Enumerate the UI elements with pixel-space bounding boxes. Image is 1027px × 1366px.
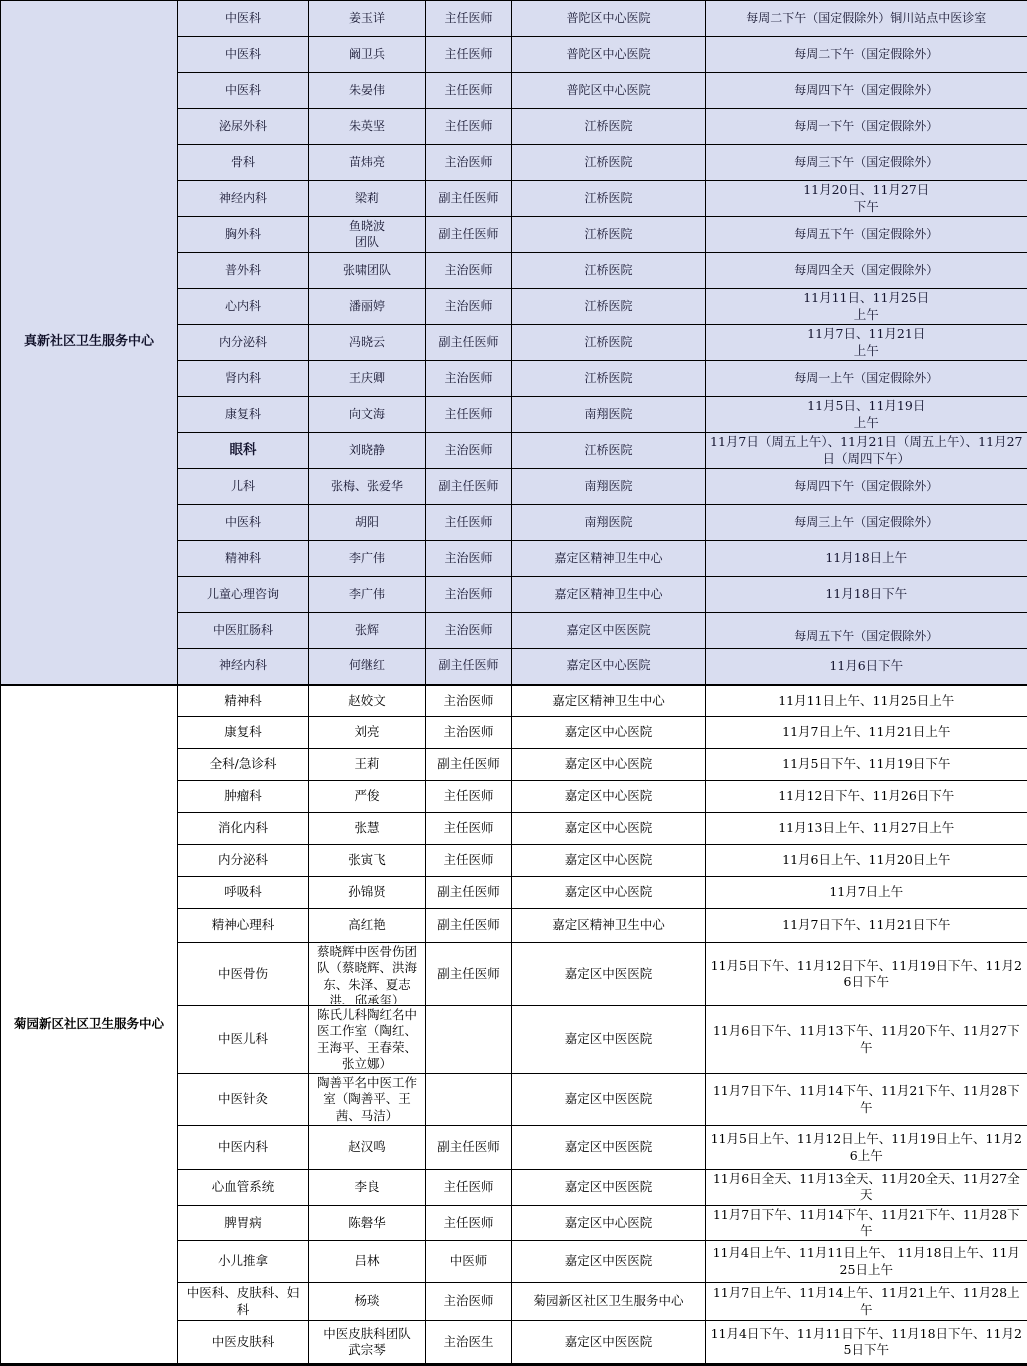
hospital-cell: 嘉定区中心医院: [512, 649, 706, 685]
dept-text: 呼吸科: [181, 884, 305, 900]
doctor-name-cell: 李广伟: [309, 541, 426, 577]
dept-cell: 精神心理科: [178, 909, 309, 943]
schedule-cell: 每周四全天（国定假除外）: [706, 253, 1027, 289]
name-text: 张梅、张爱华: [312, 479, 422, 495]
dept-cell: 骨科: [178, 145, 309, 181]
schedule-text: 11月7日下午、11月14下午、11月21下午、11月28下午: [709, 1207, 1024, 1240]
hospital-text: 江桥医院: [515, 155, 702, 171]
title-text: 主任医师: [429, 1215, 508, 1231]
hospital-text: 嘉定区中心医院: [515, 820, 702, 836]
hospital-cell: 南翔医院: [512, 505, 706, 541]
dept-cell: 内分泌科: [178, 845, 309, 877]
title-cell: 主任医师: [426, 505, 512, 541]
hospital-cell: 嘉定区中医医院: [512, 1126, 706, 1170]
title-text: 副主任医师: [429, 884, 508, 900]
name-text: 吕林: [312, 1253, 422, 1269]
hospital-cell: 菊园新区社区卫生服务中心: [512, 1283, 706, 1321]
dept-cell: 神经内科: [178, 649, 309, 685]
doctor-name-cell: 梁莉: [309, 181, 426, 217]
title-cell: 主治医师: [426, 541, 512, 577]
doctor-name-cell: 陶善平名中医工作室（陶善平、王茜、马洁）: [309, 1074, 426, 1126]
title-cell: 主治医师: [426, 361, 512, 397]
name-text: 陶善平名中医工作室（陶善平、王茜、马洁）: [312, 1075, 422, 1124]
schedule-text: 11月7日上午、11月14上午、11月21上午、11月28上午: [709, 1285, 1024, 1318]
hospital-text: 嘉定区中医医院: [515, 623, 702, 639]
hospital-text: 嘉定区中心医院: [515, 884, 702, 900]
hospital-cell: 嘉定区精神卫生中心: [512, 909, 706, 943]
title-text: 主任医师: [429, 119, 508, 135]
dept-text: 康复科: [181, 407, 305, 423]
schedule-text: 每周三下午（国定假除外）: [709, 155, 1024, 171]
doctor-name-cell: 吕林: [309, 1241, 426, 1283]
hospital-cell: 江桥医院: [512, 145, 706, 181]
hospital-cell: 普陀区中心医院: [512, 37, 706, 73]
dept-text: 内分泌科: [181, 335, 305, 351]
schedule-table-body: 真新社区卫生服务中心 中医科 姜玉详 主任医师 普陀区中心医院 每周二下午（国定…: [1, 1, 1027, 1365]
hospital-cell: 普陀区中心医院: [512, 1, 706, 37]
schedule-text: 11月18日上午: [709, 550, 1024, 566]
name-text: 赵姣文: [312, 693, 422, 709]
schedule-text: 11月5日、11月19日 上午: [709, 398, 1024, 431]
dept-text: 肿瘤科: [181, 788, 305, 804]
title-cell: [426, 1074, 512, 1126]
hospital-text: 普陀区中心医院: [515, 83, 702, 99]
dept-cell: 中医针灸: [178, 1074, 309, 1126]
doctor-name-cell: 阚卫兵: [309, 37, 426, 73]
title-text: 主治医师: [429, 724, 508, 740]
hospital-cell: 南翔医院: [512, 397, 706, 433]
title-text: 主治医师: [429, 155, 508, 171]
dept-text: 胸外科: [181, 227, 305, 243]
hospital-cell: 江桥医院: [512, 109, 706, 145]
schedule-cell: 11月7日上午、11月14上午、11月21上午、11月28上午: [706, 1283, 1027, 1321]
hospital-text: 江桥医院: [515, 299, 702, 315]
title-cell: 副主任医师: [426, 1126, 512, 1170]
schedule-cell: 11月7日上午: [706, 877, 1027, 909]
schedule-text: 每周二下午（国定假除外）: [709, 47, 1024, 63]
schedule-cell: 11月6日全天、11月13全天、11月20全天、11月27全天: [706, 1170, 1027, 1206]
dept-text: 康复科: [181, 724, 305, 740]
dept-cell: 普外科: [178, 253, 309, 289]
title-text: 主任医师: [429, 11, 508, 27]
title-cell: 主任医师: [426, 1205, 512, 1241]
hospital-text: 嘉定区中心医院: [515, 724, 702, 740]
schedule-cell: 11月5日下午、11月19日下午: [706, 749, 1027, 781]
schedule-text: 每周二下午（国定假除外）铜川站点中医诊室: [709, 11, 1024, 27]
schedule-cell: 每周三下午（国定假除外）: [706, 145, 1027, 181]
schedule-text: 11月5日下午、11月19日下午: [709, 756, 1024, 772]
doctor-name-cell: 张寅飞: [309, 845, 426, 877]
doctor-name-cell: 张啸团队: [309, 253, 426, 289]
schedule-text: 11月6日全天、11月13全天、11月20全天、11月27全天: [709, 1171, 1024, 1204]
doctor-name-cell: 朱晏伟: [309, 73, 426, 109]
title-text: 主治医师: [429, 443, 508, 459]
dept-cell: 肾内科: [178, 361, 309, 397]
hospital-cell: 江桥医院: [512, 217, 706, 253]
schedule-cell: 11月7日下午、11月21日下午: [706, 909, 1027, 943]
title-cell: 主任医师: [426, 1, 512, 37]
name-text: 张慧: [312, 820, 422, 836]
title-cell: 主任医师: [426, 845, 512, 877]
doctor-name-cell: 刘晓静: [309, 433, 426, 469]
schedule-cell: 11月7日上午、11月21日上午: [706, 717, 1027, 749]
doctor-name-cell: 何继红: [309, 649, 426, 685]
dept-text: 精神科: [181, 693, 305, 709]
schedule-text: 11月12日下午、11月26日下午: [709, 788, 1024, 804]
hospital-text: 嘉定区精神卫生中心: [515, 587, 702, 603]
name-text: 张啸团队: [312, 263, 422, 279]
hospital-text: 嘉定区中心医院: [515, 658, 702, 674]
schedule-text: 11月6日上午、11月20日上午: [709, 852, 1024, 868]
hospital-text: 嘉定区中医医院: [515, 966, 702, 982]
schedule-cell: 11月20日、11月27日 下午: [706, 181, 1027, 217]
schedule-cell: 11月4日上午、11月11日上午、 11月18日上午、11月25日上午: [706, 1241, 1027, 1283]
hospital-text: 嘉定区中医医院: [515, 1139, 702, 1155]
doctor-name-cell: 张辉: [309, 613, 426, 649]
schedule-cell: 每周四下午（国定假除外）: [706, 469, 1027, 505]
schedule-text: 每周四下午（国定假除外）: [709, 479, 1024, 495]
title-text: 主治医师: [429, 263, 508, 279]
dept-cell: 神经内科: [178, 181, 309, 217]
table-row: 菊园新区社区卫生服务中心 精神科 赵姣文 主治医师 嘉定区精神卫生中心 11月1…: [1, 685, 1027, 717]
hospital-text: 普陀区中心医院: [515, 47, 702, 63]
dept-cell: 中医科: [178, 505, 309, 541]
hospital-cell: 嘉定区精神卫生中心: [512, 541, 706, 577]
dept-text: 中医科: [181, 83, 305, 99]
title-text: 副主任医师: [429, 756, 508, 772]
title-cell: 主治医师: [426, 577, 512, 613]
title-cell: 副主任医师: [426, 943, 512, 1006]
dept-text: 中医科、皮肤科、妇科: [181, 1285, 305, 1318]
schedule-cell: 11月18日上午: [706, 541, 1027, 577]
title-text: 主治医师: [429, 693, 508, 709]
doctor-name-cell: 陈氏儿科陶红名中医工作室（陶红、王海平、王春荣、张立娜）: [309, 1006, 426, 1074]
name-text: 王莉: [312, 756, 422, 772]
dept-cell: 中医科: [178, 73, 309, 109]
hospital-text: 江桥医院: [515, 443, 702, 459]
title-text: 副主任医师: [429, 966, 508, 982]
doctor-name-cell: 李广伟: [309, 577, 426, 613]
dept-text: 中医科: [181, 47, 305, 63]
schedule-text: 11月7日上午、11月21日上午: [709, 724, 1024, 740]
title-cell: 副主任医师: [426, 325, 512, 361]
dept-cell: 全科/急诊科: [178, 749, 309, 781]
dept-text: 全科/急诊科: [181, 756, 305, 772]
dept-cell: 胸外科: [178, 217, 309, 253]
hospital-text: 江桥医院: [515, 371, 702, 387]
title-text: 副主任医师: [429, 479, 508, 495]
dept-cell: 肿瘤科: [178, 781, 309, 813]
hospital-text: 嘉定区精神卫生中心: [515, 917, 702, 933]
schedule-text: 11月7日、11月21日 上午: [709, 326, 1024, 359]
dept-text: 神经内科: [181, 658, 305, 674]
doctor-name-cell: 向文海: [309, 397, 426, 433]
title-cell: 主治医师: [426, 685, 512, 717]
hospital-cell: 嘉定区中心医院: [512, 813, 706, 845]
hospital-text: 江桥医院: [515, 227, 702, 243]
title-text: 主任医师: [429, 83, 508, 99]
schedule-text: 11月7日下午、11月21日下午: [709, 917, 1024, 933]
title-cell: 主治医师: [426, 1283, 512, 1321]
title-text: 主任医师: [429, 1179, 508, 1195]
doctor-name-cell: 姜玉详: [309, 1, 426, 37]
hospital-cell: 嘉定区中心医院: [512, 749, 706, 781]
title-text: 主治医师: [429, 1293, 508, 1309]
dept-text: 中医皮肤科: [181, 1334, 305, 1350]
doctor-name-cell: 中医皮肤科团队 武宗琴: [309, 1321, 426, 1365]
doctor-name-cell: 李良: [309, 1170, 426, 1206]
name-text: 中医皮肤科团队 武宗琴: [312, 1326, 422, 1359]
name-text: 姜玉详: [312, 11, 422, 27]
dept-cell: 精神科: [178, 685, 309, 717]
hospital-cell: 嘉定区中心医院: [512, 877, 706, 909]
dept-text: 神经内科: [181, 191, 305, 207]
dept-cell: 中医科: [178, 37, 309, 73]
name-text: 鱼晓波 团队: [312, 219, 422, 250]
doctor-name-cell: 蔡晓辉中医骨伤团队（蔡晓辉、洪海东、朱泽、夏志洪、邱承玺）: [309, 943, 426, 1006]
schedule-cell: 11月5日上午、11月12日上午、11月19日上午、11月26上午: [706, 1126, 1027, 1170]
title-text: 副主任医师: [429, 191, 508, 207]
schedule-cell: 11月6日下午: [706, 649, 1027, 685]
doctor-name-cell: 张慧: [309, 813, 426, 845]
dept-cell: 小儿推拿: [178, 1241, 309, 1283]
hospital-cell: 嘉定区中医医院: [512, 943, 706, 1006]
dept-text: 普外科: [181, 263, 305, 279]
name-text: 何继红: [312, 658, 422, 674]
hospital-text: 嘉定区中医医院: [515, 1179, 702, 1195]
title-cell: 主治医师: [426, 717, 512, 749]
doctor-name-cell: 冯晓云: [309, 325, 426, 361]
hospital-cell: 嘉定区中心医院: [512, 845, 706, 877]
doctor-name-cell: 赵姣文: [309, 685, 426, 717]
title-cell: 主任医师: [426, 397, 512, 433]
name-text: 张寅飞: [312, 852, 422, 868]
section-label-cell: 菊园新区社区卫生服务中心: [1, 685, 178, 1365]
hospital-text: 江桥医院: [515, 119, 702, 135]
schedule-text: 每周五下午（国定假除外）: [709, 629, 1024, 645]
hospital-cell: 江桥医院: [512, 253, 706, 289]
hospital-text: 南翔医院: [515, 479, 702, 495]
name-text: 陈氏儿科陶红名中医工作室（陶红、王海平、王春荣、张立娜）: [312, 1007, 422, 1072]
doctor-name-cell: 高红艳: [309, 909, 426, 943]
dept-text: 心内科: [181, 299, 305, 315]
schedule-cell: 11月7日（周五上午）、11月21日（周五上午）、11月27日（周四下午）: [706, 433, 1027, 469]
schedule-text: 每周五下午（国定假除外）: [709, 227, 1024, 243]
schedule-text: 每周一上午（国定假除外）: [709, 371, 1024, 387]
name-text: 向文海: [312, 407, 422, 423]
table-row: 真新社区卫生服务中心 中医科 姜玉详 主任医师 普陀区中心医院 每周二下午（国定…: [1, 1, 1027, 37]
hospital-text: 江桥医院: [515, 191, 702, 207]
name-text: 刘晓静: [312, 443, 422, 459]
title-cell: 副主任医师: [426, 469, 512, 505]
schedule-cell: 每周二下午（国定假除外）铜川站点中医诊室: [706, 1, 1027, 37]
dept-text: 中医儿科: [181, 1031, 305, 1047]
doctor-schedule-table: 真新社区卫生服务中心 中医科 姜玉详 主任医师 普陀区中心医院 每周二下午（国定…: [0, 0, 1027, 1366]
title-cell: 主任医师: [426, 1170, 512, 1206]
dept-cell: 中医科、皮肤科、妇科: [178, 1283, 309, 1321]
hospital-cell: 普陀区中心医院: [512, 73, 706, 109]
schedule-text: 11月11日、11月25日 上午: [709, 290, 1024, 323]
hospital-cell: 嘉定区中心医院: [512, 717, 706, 749]
hospital-cell: 南翔医院: [512, 469, 706, 505]
title-text: 主治医生: [429, 1334, 508, 1350]
hospital-text: 嘉定区中医医院: [515, 1031, 702, 1047]
name-text: 梁莉: [312, 191, 422, 207]
title-text: 主任医师: [429, 47, 508, 63]
dept-text: 骨科: [181, 155, 305, 171]
schedule-text: 11月5日下午、11月12日下午、11月19日下午、11月26日下午: [709, 958, 1024, 991]
dept-text: 儿科: [181, 479, 305, 495]
dept-cell: 心内科: [178, 289, 309, 325]
dept-text: 心血管系统: [181, 1179, 305, 1195]
doctor-name-cell: 胡阳: [309, 505, 426, 541]
schedule-text: 11月7日上午: [709, 884, 1024, 900]
hospital-text: 嘉定区中心医院: [515, 788, 702, 804]
title-cell: 主治医生: [426, 1321, 512, 1365]
title-cell: 主任医师: [426, 109, 512, 145]
title-cell: 副主任医师: [426, 181, 512, 217]
doctor-name-cell: 赵汉鸣: [309, 1126, 426, 1170]
dept-text: 儿童心理咨询: [181, 587, 305, 603]
dept-cell: 中医肛肠科: [178, 613, 309, 649]
title-text: 主任医师: [429, 515, 508, 531]
dept-cell: 消化内科: [178, 813, 309, 845]
title-cell: 主治医师: [426, 253, 512, 289]
title-text: 主治医师: [429, 371, 508, 387]
schedule-text: 11月5日上午、11月12日上午、11月19日上午、11月26上午: [709, 1131, 1024, 1164]
name-text: 苗炜亮: [312, 155, 422, 171]
dept-text: 眼科: [181, 442, 305, 460]
name-text: 李广伟: [312, 551, 422, 567]
name-text: 赵汉鸣: [312, 1139, 422, 1155]
dept-cell: 中医骨伤: [178, 943, 309, 1006]
title-text: 副主任医师: [429, 658, 508, 674]
schedule-text: 11月7日下午、11月14下午、11月21下午、11月28下午: [709, 1083, 1024, 1116]
doctor-name-cell: 孙锦贤: [309, 877, 426, 909]
name-text: 杨琰: [312, 1293, 422, 1309]
title-text: 主治医师: [429, 623, 508, 639]
name-text: 王庆卿: [312, 371, 422, 387]
name-text: 潘丽婷: [312, 299, 422, 315]
title-cell: 主任医师: [426, 73, 512, 109]
name-text: 胡阳: [312, 515, 422, 531]
dept-text: 中医内科: [181, 1139, 305, 1155]
hospital-cell: 嘉定区中心医院: [512, 781, 706, 813]
title-cell: 主任医师: [426, 813, 512, 845]
dept-cell: 呼吸科: [178, 877, 309, 909]
name-text: 高红艳: [312, 917, 422, 933]
schedule-cell: 11月6日上午、11月20日上午: [706, 845, 1027, 877]
hospital-cell: 嘉定区中医医院: [512, 1074, 706, 1126]
schedule-text: 每周四下午（国定假除外）: [709, 83, 1024, 99]
dept-cell: 精神科: [178, 541, 309, 577]
name-text: 孙锦贤: [312, 884, 422, 900]
schedule-cell: 11月4日下午、11月11日下午、11月18日下午、11月25日下午: [706, 1321, 1027, 1365]
hospital-text: 嘉定区中医医院: [515, 1091, 702, 1107]
doctor-name-cell: 朱英坚: [309, 109, 426, 145]
schedule-text: 11月7日（周五上午）、11月21日（周五上午）、11月27日（周四下午）: [709, 434, 1024, 467]
dept-text: 肾内科: [181, 371, 305, 387]
schedule-text: 11月13日上午、11月27日上午: [709, 820, 1024, 836]
title-text: 主任医师: [429, 852, 508, 868]
schedule-cell: 11月5日下午、11月12日下午、11月19日下午、11月26日下午: [706, 943, 1027, 1006]
schedule-text: 11月18日下午: [709, 586, 1024, 602]
title-text: 主任医师: [429, 788, 508, 804]
hospital-text: 普陀区中心医院: [515, 11, 702, 27]
doctor-schedule-page: 真新社区卫生服务中心 中医科 姜玉详 主任医师 普陀区中心医院 每周二下午（国定…: [0, 0, 1027, 1366]
hospital-text: 嘉定区中心医院: [515, 1215, 702, 1231]
hospital-text: 嘉定区精神卫生中心: [515, 551, 702, 567]
doctor-name-cell: 张梅、张爱华: [309, 469, 426, 505]
hospital-cell: 江桥医院: [512, 361, 706, 397]
name-text: 张辉: [312, 623, 422, 639]
dept-text: 脾胃病: [181, 1215, 305, 1231]
doctor-name-cell: 严俊: [309, 781, 426, 813]
title-text: 副主任医师: [429, 917, 508, 933]
hospital-cell: 嘉定区中医医院: [512, 1006, 706, 1074]
hospital-text: 嘉定区中医医院: [515, 1253, 702, 1269]
hospital-cell: 嘉定区中医医院: [512, 1170, 706, 1206]
title-cell: 副主任医师: [426, 909, 512, 943]
title-cell: 主治医师: [426, 433, 512, 469]
schedule-cell: 11月7日、11月21日 上午: [706, 325, 1027, 361]
hospital-text: 南翔医院: [515, 407, 702, 423]
title-cell: [426, 1006, 512, 1074]
schedule-cell: 11月7日下午、11月14下午、11月21下午、11月28下午: [706, 1074, 1027, 1126]
dept-text: 中医肛肠科: [181, 623, 305, 639]
dept-cell: 中医内科: [178, 1126, 309, 1170]
title-cell: 主任医师: [426, 37, 512, 73]
title-text: 副主任医师: [429, 1139, 508, 1155]
name-text: 陈磐华: [312, 1215, 422, 1231]
hospital-cell: 嘉定区中心医院: [512, 1205, 706, 1241]
dept-text: 中医科: [181, 11, 305, 27]
title-cell: 主治医师: [426, 613, 512, 649]
dept-cell: 儿童心理咨询: [178, 577, 309, 613]
hospital-cell: 嘉定区精神卫生中心: [512, 685, 706, 717]
name-text: 阚卫兵: [312, 47, 422, 63]
schedule-cell: 每周五下午（国定假除外）: [706, 613, 1027, 649]
schedule-text: 11月6日下午、11月13下午、11月20下午、11月27下午: [709, 1023, 1024, 1056]
doctor-name-cell: 苗炜亮: [309, 145, 426, 181]
title-cell: 副主任医师: [426, 217, 512, 253]
doctor-name-cell: 鱼晓波 团队: [309, 217, 426, 253]
title-cell: 副主任医师: [426, 877, 512, 909]
dept-cell: 眼科: [178, 433, 309, 469]
doctor-name-cell: 刘亮: [309, 717, 426, 749]
name-text: 李广伟: [312, 587, 422, 603]
schedule-cell: 每周四下午（国定假除外）: [706, 73, 1027, 109]
dept-text: 中医针灸: [181, 1091, 305, 1107]
title-text: 副主任医师: [429, 335, 508, 351]
doctor-name-cell: 潘丽婷: [309, 289, 426, 325]
title-cell: 主治医师: [426, 289, 512, 325]
title-cell: 中医师: [426, 1241, 512, 1283]
schedule-text: 11月11日上午、11月25日上午: [709, 693, 1024, 709]
title-cell: 主治医师: [426, 145, 512, 181]
title-text: 主治医师: [429, 299, 508, 315]
dept-cell: 脾胃病: [178, 1205, 309, 1241]
name-text: 冯晓云: [312, 335, 422, 351]
hospital-text: 江桥医院: [515, 263, 702, 279]
hospital-cell: 嘉定区精神卫生中心: [512, 577, 706, 613]
dept-cell: 康复科: [178, 397, 309, 433]
dept-cell: 儿科: [178, 469, 309, 505]
hospital-text: 南翔医院: [515, 515, 702, 531]
doctor-name-cell: 杨琰: [309, 1283, 426, 1321]
schedule-cell: 每周五下午（国定假除外）: [706, 217, 1027, 253]
schedule-text: 每周一下午（国定假除外）: [709, 119, 1024, 135]
